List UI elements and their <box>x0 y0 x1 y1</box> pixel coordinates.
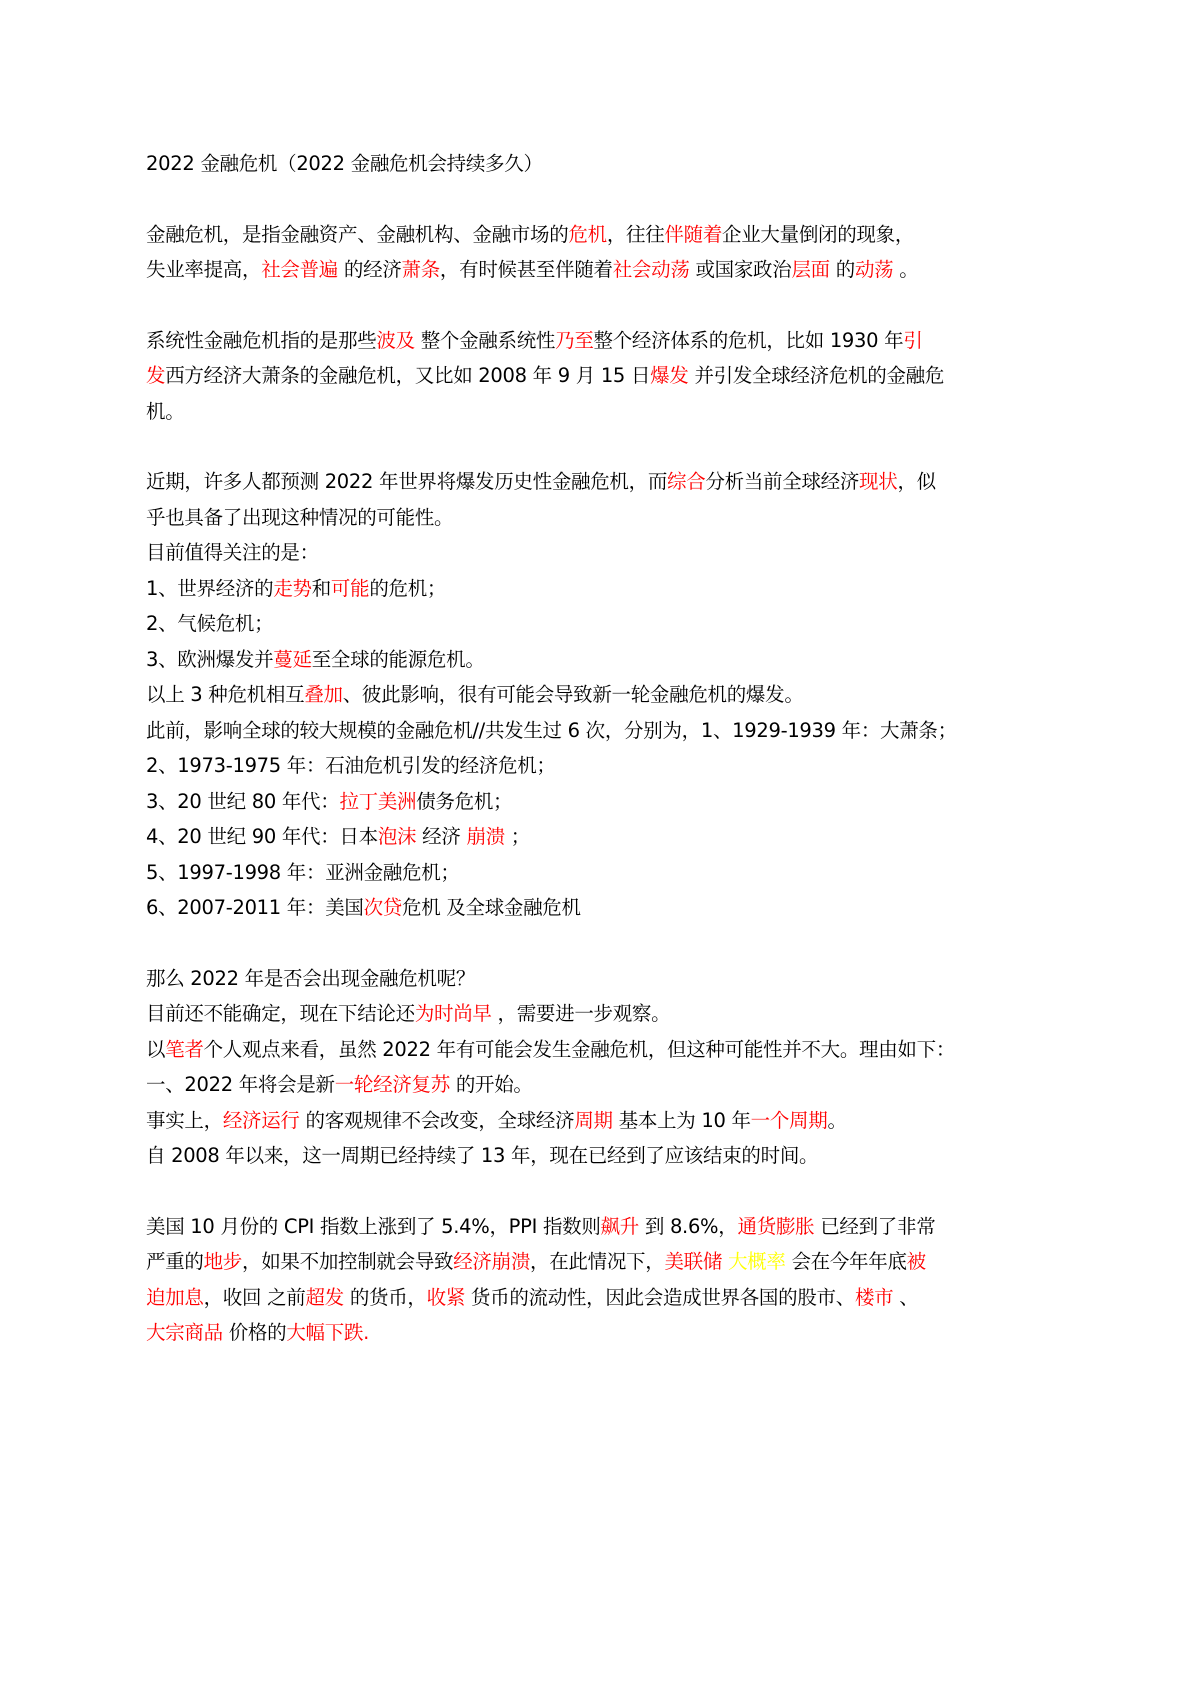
body-text: 已经到了非常 <box>814 1215 935 1238</box>
highlight-red-text: 飙升 <box>601 1215 639 1238</box>
body-text: 机。 <box>146 400 184 423</box>
highlight-red-text: 超发 <box>306 1286 344 1309</box>
paragraph-outlook: 那么 2022 年是否会出现金融危机呢？目前还不能确定，现在下结论还为时尚早 ，… <box>146 961 1076 1174</box>
body-text: 基本上为 10 年 <box>613 1109 751 1132</box>
text-line: 以上 3 种危机相互叠加、彼此影响，很有可能会导致新一轮金融危机的爆发。 <box>146 677 1076 713</box>
body-text: 整个金融系统性 <box>415 329 555 352</box>
body-text: ，如果不加控制就会导致 <box>242 1250 453 1273</box>
text-line: 自 2008 年以来，这一周期已经持续了 13 年，现在已经到了应该结束的时间。 <box>146 1138 1076 1174</box>
paragraph-systemic: 系统性金融危机指的是那些波及 整个金融系统性乃至整个经济体系的危机，比如 193… <box>146 323 1076 430</box>
body-text: 。 <box>893 258 918 281</box>
text-line: 那么 2022 年是否会出现金融危机呢？ <box>146 961 1076 997</box>
body-text: 2、1973-1975 年：石油危机引发的经济危机； <box>146 754 556 777</box>
highlight-red-text: 综合 <box>667 470 705 493</box>
highlight-yellow-text: 大概率 <box>728 1250 786 1273</box>
paragraph-gap <box>146 429 1076 464</box>
highlight-red-text: 被 <box>907 1250 926 1273</box>
highlight-red-text: 动荡 <box>855 258 893 281</box>
body-text: 以 <box>146 1038 165 1061</box>
body-text: 的危机； <box>369 577 446 600</box>
highlight-red-text: 爆发 <box>650 364 688 387</box>
body-text: 和 <box>312 577 331 600</box>
highlight-red-text: 为时尚早 <box>415 1002 492 1025</box>
body-text: 严重的 <box>146 1250 204 1273</box>
text-line: 2、气候危机； <box>146 606 1076 642</box>
highlight-red-text: 走势 <box>273 577 311 600</box>
text-line: 迫加息，收回 之前超发 的货币，收紧 货币的流动性，因此会造成世界各国的股市、楼… <box>146 1280 1076 1316</box>
body-text: 分析当前全球经济 <box>705 470 859 493</box>
body-text: 至全球的能源危机。 <box>312 648 485 671</box>
body-text: 3、20 世纪 80 年代： <box>146 790 339 813</box>
highlight-red-text: 可能 <box>331 577 369 600</box>
highlight-red-text: 崩溃 <box>466 825 504 848</box>
body-text: 4、20 世纪 90 年代：日本 <box>146 825 378 848</box>
text-line: 严重的地步，如果不加控制就会导致经济崩溃，在此情况下，美联储 大概率 会在今年年… <box>146 1244 1076 1280</box>
body-text: 到 8.6%， <box>639 1215 738 1238</box>
text-line: 6、2007-2011 年：美国次贷危机 及全球金融危机 <box>146 890 1076 926</box>
body-text: ，在此情况下， <box>530 1250 664 1273</box>
highlight-red-text: 地步 <box>204 1250 242 1273</box>
paragraph-gap <box>146 288 1076 323</box>
body-text: 此前，影响全球的较大规模的金融危机//共发生过 6 次，分别为，1、1929-1… <box>146 719 957 742</box>
body-text: ，有时候甚至伴随着 <box>440 258 613 281</box>
text-line: 大宗商品 价格的大幅下跌. <box>146 1315 1076 1351</box>
highlight-red-text: 收紧 <box>427 1286 465 1309</box>
text-line: 此前，影响全球的较大规模的金融危机//共发生过 6 次，分别为，1、1929-1… <box>146 713 1076 749</box>
body-text: ，似 <box>897 470 935 493</box>
body-text: 价格的 <box>223 1321 287 1344</box>
highlight-red-text: 周期 <box>574 1109 612 1132</box>
highlight-red-text: 泡沫 <box>378 825 416 848</box>
document-body: 金融危机，是指金融资产、金融机构、金融市场的危机，往往伴随着企业大量倒闭的现象，… <box>146 217 1076 1351</box>
paragraph-recent: 近期，许多人都预测 2022 年世界将爆发历史性金融危机，而综合分析当前全球经济… <box>146 464 1076 926</box>
paragraph-inflation: 美国 10 月份的 CPI 指数上涨到了 5.4%，PPI 指数则飙升 到 8.… <box>146 1209 1076 1351</box>
body-text: 目前还不能确定，现在下结论还 <box>146 1002 415 1025</box>
body-text: 金融危机，是指金融资产、金融机构、金融市场的 <box>146 223 568 246</box>
text-line: 系统性金融危机指的是那些波及 整个金融系统性乃至整个经济体系的危机，比如 193… <box>146 323 1076 359</box>
highlight-red-text: 伴随着 <box>664 223 722 246</box>
text-line: 2、1973-1975 年：石油危机引发的经济危机； <box>146 748 1076 784</box>
body-text: ，收回 之前 <box>204 1286 306 1309</box>
body-text: 整个经济体系的危机，比如 1930 年 <box>594 329 904 352</box>
highlight-red-text: 社会普遍 <box>261 258 338 281</box>
text-line: 目前还不能确定，现在下结论还为时尚早 ，需要进一步观察。 <box>146 996 1076 1032</box>
paragraph-gap <box>146 1174 1076 1209</box>
highlight-red-text: 一轮经济复苏 <box>335 1073 450 1096</box>
text-line: 近期，许多人都预测 2022 年世界将爆发历史性金融危机，而综合分析当前全球经济… <box>146 464 1076 500</box>
highlight-red-text: 大幅下跌 <box>286 1321 363 1344</box>
body-text: 个人观点来看，虽然 2022 年有可能会发生金融危机，但这种可能性并不大。理由如… <box>204 1038 955 1061</box>
body-text: 目前值得关注的是： <box>146 541 319 564</box>
text-line: 5、1997-1998 年：亚洲金融危机； <box>146 855 1076 891</box>
highlight-red-text: 叠加 <box>304 683 342 706</box>
body-text: ，需要进一步观察。 <box>492 1002 671 1025</box>
body-text: 危机 及全球金融危机 <box>402 896 581 919</box>
body-text: 5、1997-1998 年：亚洲金融危机； <box>146 861 460 884</box>
highlight-red-text: 次贷 <box>364 896 402 919</box>
highlight-red-text: 乃至 <box>555 329 593 352</box>
body-text: 的货币， <box>344 1286 427 1309</box>
body-text: 货币的流动性，因此会造成世界各国的股市、 <box>465 1286 855 1309</box>
text-line: 美国 10 月份的 CPI 指数上涨到了 5.4%，PPI 指数则飙升 到 8.… <box>146 1209 1076 1245</box>
body-text: 一、2022 年将会是新 <box>146 1073 335 1096</box>
text-line: 一、2022 年将会是新一轮经济复苏 的开始。 <box>146 1067 1076 1103</box>
body-text: 、 <box>893 1286 918 1309</box>
highlight-red-text: 通货膨胀 <box>738 1215 815 1238</box>
body-text: 并引发全球经济危机的金融危 <box>689 364 945 387</box>
highlight-red-text: 引 <box>903 329 922 352</box>
highlight-red-text: 危机 <box>568 223 606 246</box>
highlight-red-text: 现状 <box>859 470 897 493</box>
body-text: 企业大量倒闭的现象， <box>722 223 914 246</box>
highlight-red-text: 一个周期 <box>751 1109 828 1132</box>
highlight-red-text: 发 <box>146 364 165 387</box>
body-text: 系统性金融危机指的是那些 <box>146 329 376 352</box>
text-line: 3、欧洲爆发并蔓延至全球的能源危机。 <box>146 642 1076 678</box>
body-text: 失业率提高， <box>146 258 261 281</box>
body-text: 西方经济大萧条的金融危机，又比如 2008 年 9 月 15 日 <box>165 364 650 387</box>
paragraph-gap <box>146 926 1076 961</box>
body-text: 美国 10 月份的 CPI 指数上涨到了 5.4%，PPI 指数则 <box>146 1215 601 1238</box>
highlight-red-text: 笔者 <box>165 1038 203 1061</box>
body-text: 的经济 <box>338 258 402 281</box>
text-line: 1、世界经济的走势和可能的危机； <box>146 571 1076 607</box>
highlight-red-text: 迫加息 <box>146 1286 204 1309</box>
body-text: 事实上， <box>146 1109 223 1132</box>
body-text: 6、2007-2011 年：美国 <box>146 896 364 919</box>
document-page: 2022 金融危机（2022 金融危机会持续多久） 金融危机，是指金融资产、金融… <box>146 146 1076 1351</box>
highlight-red-text: 社会动荡 <box>613 258 690 281</box>
highlight-red-text: 经济崩溃 <box>453 1250 530 1273</box>
highlight-red-text: 层面 <box>791 258 829 281</box>
text-line: 发西方经济大萧条的金融危机，又比如 2008 年 9 月 15 日爆发 并引发全… <box>146 358 1076 394</box>
highlight-red-text: 拉丁美洲 <box>339 790 416 813</box>
body-text: 的 <box>830 258 855 281</box>
highlight-red-text: 蔓延 <box>273 648 311 671</box>
text-line: 失业率提高，社会普遍 的经济萧条，有时候甚至伴随着社会动荡 或国家政治层面 的动… <box>146 252 1076 288</box>
body-text: 债务危机； <box>416 790 512 813</box>
body-text: 或国家政治 <box>690 258 792 281</box>
text-line: 机。 <box>146 394 1076 430</box>
body-text: ； <box>505 825 530 848</box>
highlight-red-text: . <box>363 1321 369 1344</box>
body-text: 2、气候危机； <box>146 612 273 635</box>
body-text: 以上 3 种危机相互 <box>146 683 304 706</box>
paragraph-definition: 金融危机，是指金融资产、金融机构、金融市场的危机，往往伴随着企业大量倒闭的现象，… <box>146 217 1076 288</box>
body-text: 的客观规律不会改变，全球经济 <box>300 1109 575 1132</box>
body-text: 会在今年年底 <box>786 1250 907 1273</box>
text-line: 3、20 世纪 80 年代：拉丁美洲债务危机； <box>146 784 1076 820</box>
text-line: 4、20 世纪 90 年代：日本泡沫 经济 崩溃 ； <box>146 819 1076 855</box>
highlight-red-text: 波及 <box>376 329 414 352</box>
body-text: 经济 <box>416 825 466 848</box>
text-line: 金融危机，是指金融资产、金融机构、金融市场的危机，往往伴随着企业大量倒闭的现象， <box>146 217 1076 253</box>
body-text: 自 2008 年以来，这一周期已经持续了 13 年，现在已经到了应该结束的时间。 <box>146 1144 818 1167</box>
document-title: 2022 金融危机（2022 金融危机会持续多久） <box>146 146 1076 182</box>
highlight-red-text: 萧条 <box>402 258 440 281</box>
text-line: 目前值得关注的是： <box>146 535 1076 571</box>
body-text: 、彼此影响，很有可能会导致新一轮金融危机的爆发。 <box>343 683 804 706</box>
text-line: 乎也具备了出现这种情况的可能性。 <box>146 500 1076 536</box>
text-line: 以笔者个人观点来看，虽然 2022 年有可能会发生金融危机，但这种可能性并不大。… <box>146 1032 1076 1068</box>
body-text: 3、欧洲爆发并 <box>146 648 273 671</box>
body-text: 1、世界经济的 <box>146 577 273 600</box>
body-text: 乎也具备了出现这种情况的可能性。 <box>146 506 453 529</box>
body-text: 。 <box>827 1109 846 1132</box>
body-text: 的开始。 <box>450 1073 533 1096</box>
highlight-red-text: 美联储 <box>664 1250 722 1273</box>
body-text: 近期，许多人都预测 2022 年世界将爆发历史性金融危机，而 <box>146 470 667 493</box>
highlight-red-text: 大宗商品 <box>146 1321 223 1344</box>
highlight-red-text: 楼市 <box>855 1286 893 1309</box>
body-text: ，往往 <box>607 223 665 246</box>
text-line: 事实上，经济运行 的客观规律不会改变，全球经济周期 基本上为 10 年一个周期。 <box>146 1103 1076 1139</box>
highlight-red-text: 经济运行 <box>223 1109 300 1132</box>
body-text: 那么 2022 年是否会出现金融危机呢？ <box>146 967 475 990</box>
